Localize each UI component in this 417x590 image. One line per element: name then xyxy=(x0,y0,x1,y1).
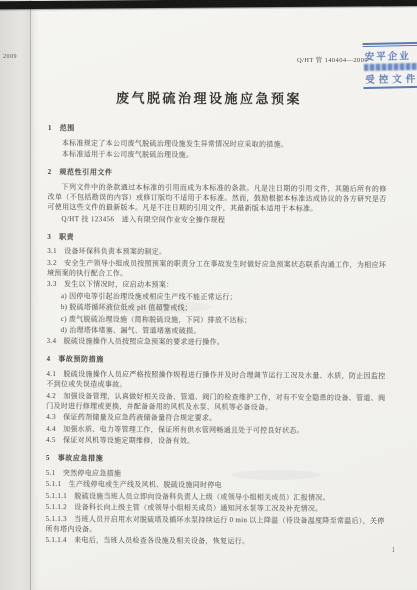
doc-line: 本标准适用于本公司废气脱硫治理设施。 xyxy=(48,150,409,162)
doc-line: 下列文件中的条款通过本标准的引用而成为本标准的条款。凡是注日期的引用文件，其随后… xyxy=(47,183,408,215)
doc-line: 5.1.1.3 当班人员开启用水对脱硫塔及循环水泵持续运行 0 min 以上降温… xyxy=(45,515,406,537)
scan-left-edge: 2009 xyxy=(0,0,31,590)
doc-line: 5.1.1.2 设备科长向上级主管（或领导小组相关成员）通知河水泵等工况及补充情… xyxy=(46,503,407,515)
stamp-company-line: 安平企业 xyxy=(363,46,417,63)
doc-line: 3.1 设备环保科负责本预案的制定。 xyxy=(47,247,408,259)
doc-line: 4.2 加强设备管理，认真做好相关设备、管道、阀门的检查维护工作，对有不安全隐患… xyxy=(46,392,407,414)
document-title: 废气脱硫治理设施应急预案 xyxy=(31,87,387,108)
doc-line: Q/HT 技 123456 进入有限空间作业安全操作规程 xyxy=(47,215,408,227)
doc-line: 5.1 突然停电应急措施 xyxy=(46,469,407,481)
doc-line: d) 治理塔体堵塞、漏气、管道堵塞或破损。 xyxy=(47,326,408,338)
doc-line: 5.1.1.1 脱硫设施当班人员立即向设备科负责人上级（或领导小组相关成员）汇报… xyxy=(46,492,407,504)
doc-line: 3.2 安全生产领导小组成员按照预案的职责分工在事故发生时做好应急预案状态联系沟… xyxy=(47,259,408,281)
document-number: Q/HT 管 140404—2009 xyxy=(297,55,368,64)
section-heading: 1 范围 xyxy=(48,124,409,136)
scan-smudge xyxy=(231,470,321,480)
section-heading: 3 职责 xyxy=(47,232,408,244)
doc-line: 4.1 脱硫设施操作人员应严格按照操作规程进行操作并及时合理调节运行工况及水量、… xyxy=(46,370,407,392)
section-heading: 5 事故应急措施 xyxy=(46,454,407,466)
scanned-page: 2009 Q/HT 管 140404—2009 安平企业 受控文件 废气脱硫治理… xyxy=(0,0,417,590)
doc-line: 本标准规定了本公司废气脱硫治理设施发生异常情况时应采取的措施。 xyxy=(48,139,409,151)
doc-line: 5.1.1.4 来电后，当班人员检查各设施及相关设备，恢复运行。 xyxy=(45,536,406,548)
doc-line: 3.3 发生以下情况时，应启动本预案： xyxy=(47,280,408,292)
doc-line: c) 废气脱硫治理设施（简称脱硫设施，下同）排放不达标； xyxy=(47,315,408,327)
section-heading: 2 规范性引用文件 xyxy=(48,168,409,180)
controlled-document-stamp: 安平企业 受控文件 xyxy=(363,41,417,90)
stamp-controlled-label: 受控文件 xyxy=(363,70,417,87)
doc-line: 4.5 保证对风机等设施定期维修，设备有效。 xyxy=(46,436,407,448)
document-body: 1 范围本标准规定了本公司废气脱硫治理设施发生异常情况时应采取的措施。本标准适用… xyxy=(45,124,409,550)
paper: Q/HT 管 140404—2009 安平企业 受控文件 废气脱硫治理设施应急预… xyxy=(31,0,417,590)
doc-line: 4.3 保证药剂储量及应急药液储备量符合规定要求。 xyxy=(46,413,407,425)
page-number: 1 xyxy=(392,546,396,554)
scan-smudge xyxy=(91,300,211,314)
stamp-illegible-line xyxy=(364,62,417,71)
doc-line: 3.4 脱硫设施操作人员按照应急预案的要求进行操作。 xyxy=(47,337,408,349)
doc-line: 4.4 加强水质、电力等管理工作，保证所有供水管网畅通且处于可控良好状态。 xyxy=(46,424,407,436)
section-heading: 4 事故预防措施 xyxy=(47,355,408,367)
side-year-label: 2009 xyxy=(3,54,17,60)
doc-line: 5.1.1 生产线停电或生产线及风机、脱硫设施同时停电 xyxy=(46,480,407,492)
